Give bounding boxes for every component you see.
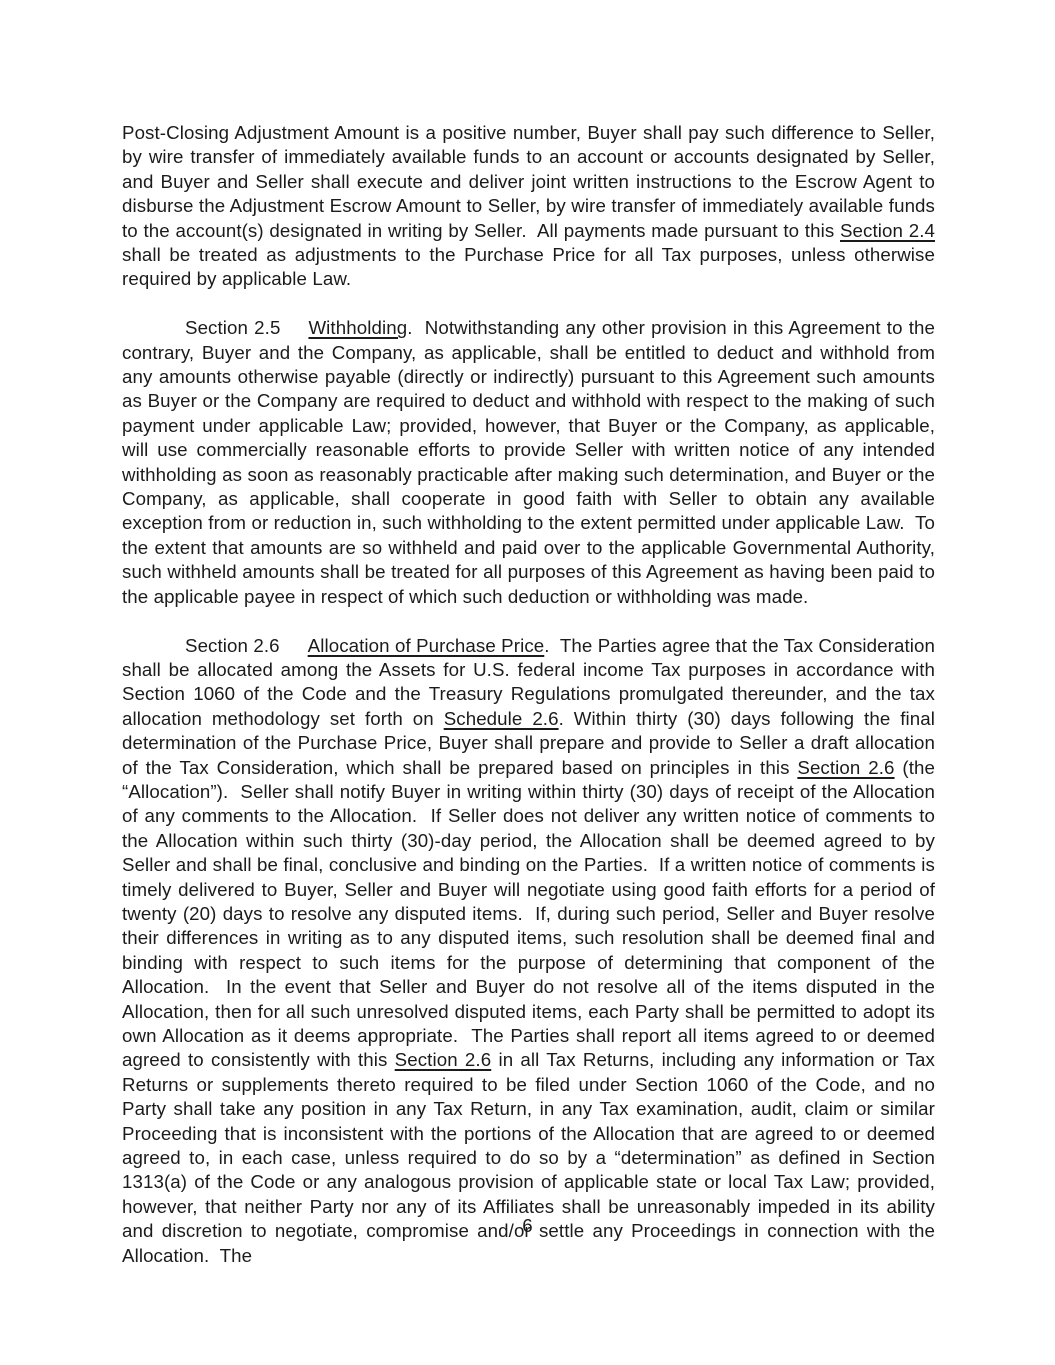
paragraph-section-2-6-allocation: Section 2.6Allocation of Purchase Price.… bbox=[122, 634, 935, 1269]
underlined-text-run: Section 2.6 bbox=[395, 1049, 492, 1070]
page-footer: 6 bbox=[0, 1214, 1055, 1238]
document-page: Post-Closing Adjustment Amount is a posi… bbox=[0, 0, 1055, 1365]
underlined-text-run: Allocation of Purchase Price bbox=[308, 635, 545, 656]
underlined-text-run: Section 2.4 bbox=[840, 220, 935, 241]
underlined-text-run: Schedule 2.6 bbox=[444, 708, 559, 729]
text-run: Post-Closing Adjustment Amount is a posi… bbox=[122, 122, 940, 241]
underlined-text-run: Section 2.6 bbox=[797, 757, 894, 778]
document-body: Post-Closing Adjustment Amount is a posi… bbox=[122, 121, 935, 1292]
text-run: (the “Allocation”). Seller shall notify … bbox=[122, 757, 940, 1071]
text-run: . Notwithstanding any other provision in… bbox=[122, 317, 940, 606]
underlined-text-run: Withholding bbox=[308, 317, 407, 338]
text-run: Section 2.5 bbox=[185, 317, 280, 338]
page-number: 6 bbox=[522, 1215, 532, 1236]
text-run: Section 2.6 bbox=[185, 635, 280, 656]
paragraph-section-2-5-withholding: Section 2.5Withholding. Notwithstanding … bbox=[122, 316, 935, 609]
paragraph-post-closing-adjustment: Post-Closing Adjustment Amount is a posi… bbox=[122, 121, 935, 292]
